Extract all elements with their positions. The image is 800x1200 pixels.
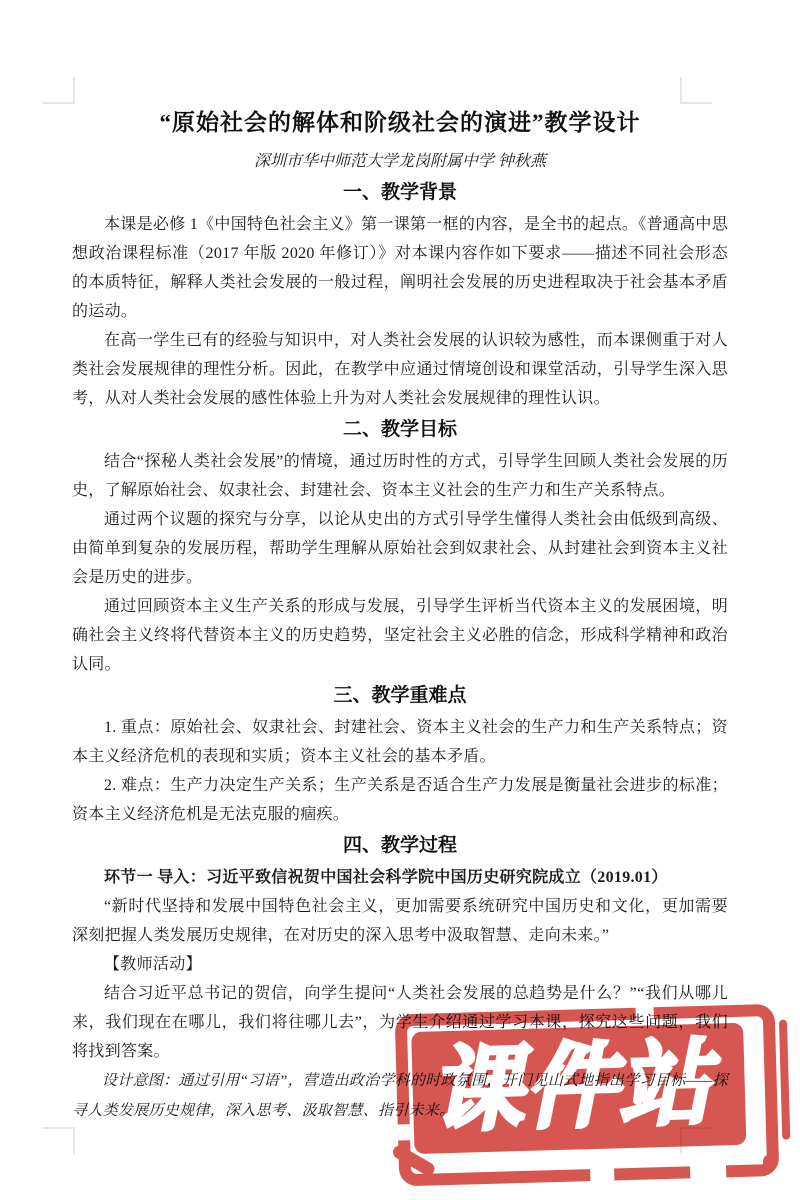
paragraph: 2. 难点：生产力决定生产关系；生产关系是否适合生产力发展是衡量社会进步的标准；…: [72, 771, 728, 829]
doc-title: “原始社会的解体和阶级社会的演进”教学设计: [72, 106, 728, 140]
teacher-activity-label: 【教师活动】: [72, 950, 728, 979]
paragraph: 本课是必修 1《中国特色社会主义》第一课第一框的内容，是全书的起点。《普通高中思…: [72, 210, 728, 326]
author-line: 深圳市华中师范大学龙岗附属中学 钟秋燕: [72, 148, 728, 176]
document-body: “原始社会的解体和阶级社会的演进”教学设计 深圳市华中师范大学龙岗附属中学 钟秋…: [72, 106, 728, 1126]
stamp-border-gap: [690, 1155, 727, 1180]
stamp-border-gap: [590, 1160, 615, 1183]
stamp-text: 课件站: [394, 1022, 763, 1154]
paragraph: 通过回顾资本主义生产关系的形成与发展，引导学生评析当代资本主义的发展困境，明确社…: [72, 592, 728, 679]
stamp-brush-stroke: [779, 1020, 790, 1140]
corner-mark-bottom-left: [43, 1127, 75, 1154]
corner-mark-top-left: [43, 77, 75, 104]
paragraph: 结合“探秘人类社会发展”的情境，通过历时性的方式，引导学生回顾人类社会发展的历史…: [72, 447, 728, 505]
lesson-step-heading: 环节一 导入：习近平致信祝贺中国社会科学院中国历史研究院成立（2019.01）: [72, 863, 728, 892]
quote-paragraph: “新时代坚持和发展中国特色社会主义，更加需要系统研究中国历史和文化，更加需要深刻…: [72, 892, 728, 950]
stamp-border-gap: [635, 1003, 653, 1021]
section-3-heading: 三、教学重难点: [72, 681, 728, 711]
document-page: “原始社会的解体和阶级社会的演进”教学设计 深圳市华中师范大学龙岗附属中学 钟秋…: [0, 0, 800, 1200]
section-4-heading: 四、教学过程: [72, 831, 728, 861]
paragraph: 1. 重点：原始社会、奴隶社会、封建社会、资本主义社会的生产力和生产关系特点；资…: [72, 713, 728, 771]
paragraph: 通过两个议题的探究与分享，以论从史出的方式引导学生懂得人类社会由低级到高级、由简…: [72, 505, 728, 592]
courseware-stamp: 课件站: [390, 997, 795, 1194]
section-1-heading: 一、教学背景: [72, 178, 728, 208]
section-2-heading: 二、教学目标: [72, 415, 728, 445]
paragraph: 在高一学生已有的经验与知识中，对人类社会发展的认识较为感性，而本课侧重于对人类社…: [72, 326, 728, 413]
corner-mark-top-right: [680, 77, 712, 104]
